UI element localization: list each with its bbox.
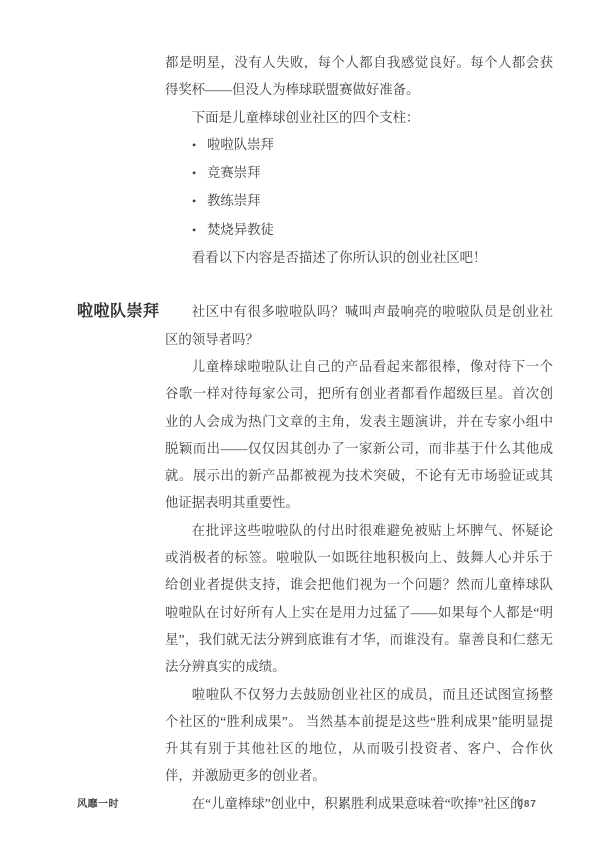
opening-paragraph: 都是明星，没有人失败，每个人都自我感觉良好。每个人都会获得奖杯——但没人为棒球联… bbox=[165, 49, 553, 104]
book-page: 都是明星，没有人失败，每个人都自我感觉良好。每个人都会获得奖杯——但没人为棒球联… bbox=[0, 0, 612, 857]
section-paragraph-2: 儿童棒球啦啦队让自己的产品看起来都很棒，像对待下一个谷歌一样对待每家公司，把所有… bbox=[165, 353, 553, 517]
section-heading: 啦啦队崇拜 bbox=[77, 299, 160, 324]
running-title: 风靡一时 bbox=[77, 795, 119, 810]
section-paragraph-1: 社区中有很多啦啦队吗？喊叫声最响亮的啦啦队员是创业社区的领导者吗？ bbox=[165, 298, 553, 353]
pillars-outro: 看看以下内容是否描述了你所认识的创业社区吧！ bbox=[165, 244, 553, 271]
pillar-item-coach: 教练崇拜 bbox=[192, 187, 553, 215]
pillar-item-heretics: 焚烧异教徒 bbox=[192, 216, 553, 244]
section-cheerleader-cult: 啦啦队崇拜 社区中有很多啦啦队吗？喊叫声最响亮的啦啦队员是创业社区的领导者吗？ … bbox=[165, 298, 553, 817]
pillar-item-competition: 竞赛崇拜 bbox=[192, 159, 553, 187]
pillar-item-cheerleader: 啦啦队崇拜 bbox=[192, 131, 553, 159]
page-footer: 风靡一时 087 bbox=[77, 795, 537, 810]
pillar-list: 啦啦队崇拜 竞赛崇拜 教练崇拜 焚烧异教徒 bbox=[165, 131, 553, 244]
page-number: 087 bbox=[517, 799, 537, 810]
text-column: 都是明星，没有人失败，每个人都自我感觉良好。每个人都会获得奖杯——但没人为棒球联… bbox=[165, 49, 553, 817]
section-paragraph-4: 啦啦队不仅努力去鼓励创业社区的成员，而且还试图宣扬整个社区的“胜利成果”。 当然… bbox=[165, 681, 553, 790]
pillars-intro: 下面是儿童棒球创业社区的四个支柱： bbox=[165, 104, 553, 131]
section-paragraph-3: 在批评这些啦啦队的付出时很难避免被贴上坏脾气、怀疑论或消极者的标签。啦啦队一如既… bbox=[165, 517, 553, 681]
